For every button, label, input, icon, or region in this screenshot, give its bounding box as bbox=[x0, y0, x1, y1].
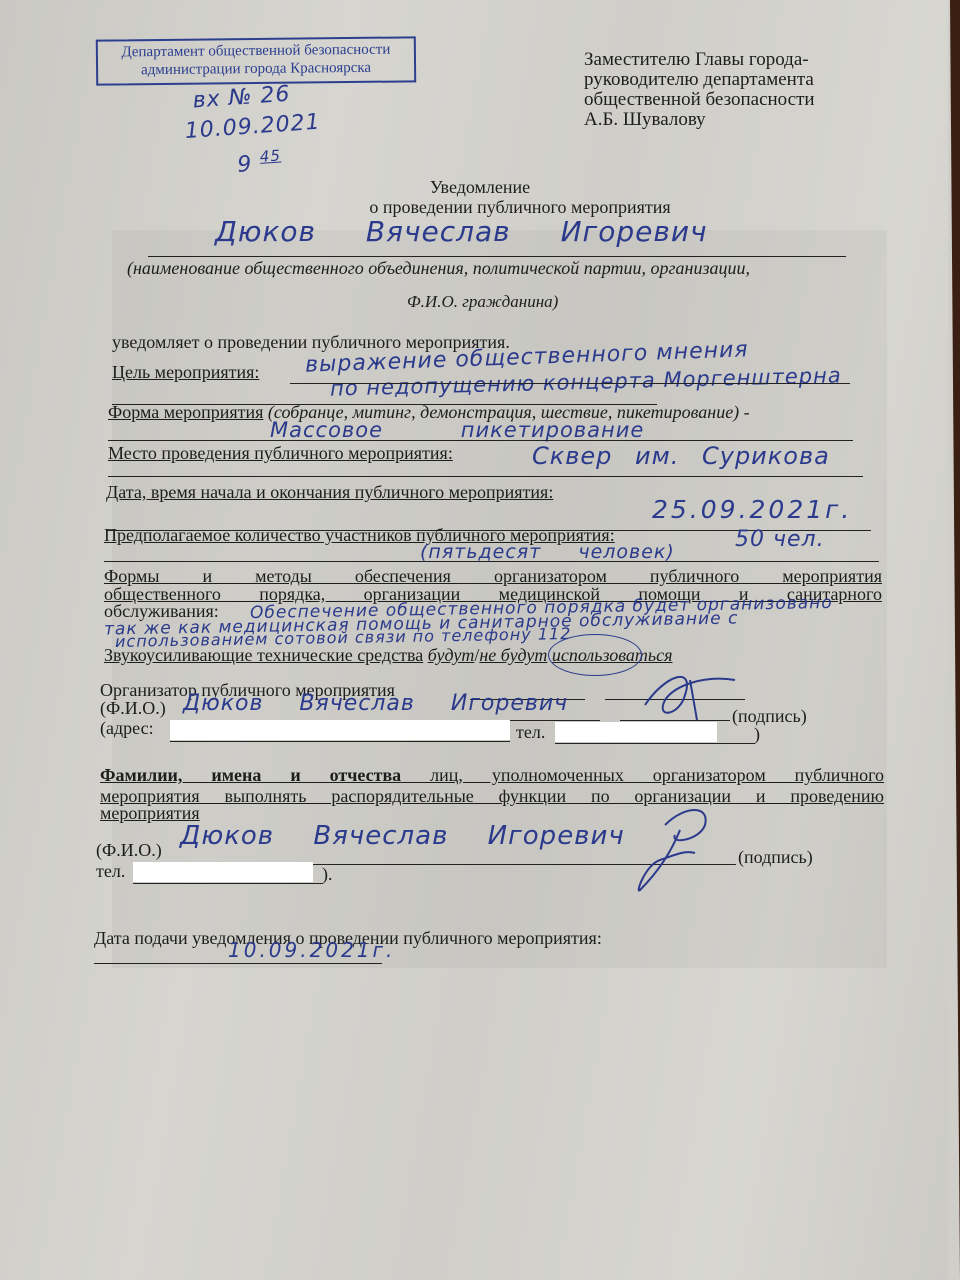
sound-option-no-selected: не будут bbox=[479, 645, 547, 665]
authorized-signature-label: (подпись) bbox=[738, 847, 813, 867]
form-value: Массовое пикетирование bbox=[270, 420, 644, 440]
sound-label: Звукоусиливающие технические средства bbox=[104, 645, 423, 665]
organizer-signature bbox=[635, 665, 745, 725]
department-stamp: Департамент общественной безопасности ад… bbox=[96, 36, 416, 85]
stamp-line-1: Департамент общественной безопасности bbox=[98, 40, 414, 61]
form-underline bbox=[108, 440, 853, 441]
organizer-fio-value: Дюков Вячеслав Игоревич bbox=[183, 694, 568, 714]
organizer-fio-label: (Ф.И.О.) bbox=[100, 698, 166, 718]
authorized-phone-close: ). bbox=[322, 864, 333, 884]
authorized-heading-rest: лиц, уполномоченных организатором публич… bbox=[430, 765, 884, 785]
redacted-address bbox=[170, 720, 510, 740]
authorized-heading-1: Фамилии, имена и отчества лиц, уполномоч… bbox=[100, 765, 884, 785]
submission-date-value: 10.09.2021г. bbox=[228, 940, 395, 960]
purpose-underline bbox=[290, 383, 850, 384]
addressee-block: Заместителю Главы города- руководителю д… bbox=[584, 50, 884, 130]
organizer-address-label: (адрес: bbox=[100, 718, 154, 738]
participants-value-words: (пятьдесят человек) bbox=[420, 542, 675, 562]
authorized-heading-3: мероприятия bbox=[100, 803, 200, 823]
sound-option-yes: будут bbox=[428, 645, 475, 665]
authorized-phone-line bbox=[133, 883, 323, 884]
place-underline bbox=[108, 476, 863, 477]
authorized-heading-2: мероприятия выполнять распорядительные ф… bbox=[100, 786, 884, 806]
registration-mark: вх № 26 10.09.2021 9 45 bbox=[192, 78, 324, 184]
authorized-heading-bold: Фамилии, имена и отчества bbox=[100, 765, 401, 785]
purpose-label: Цель мероприятия: bbox=[112, 362, 259, 382]
address-line bbox=[170, 741, 510, 742]
participants-underline bbox=[104, 561, 879, 562]
form-label: Форма мероприятия bbox=[108, 402, 263, 422]
redacted-authorized-phone bbox=[133, 862, 313, 882]
authorized-signature bbox=[625, 805, 735, 895]
submission-underline bbox=[94, 963, 382, 964]
applicant-underline bbox=[148, 256, 846, 257]
participants-value: 50 чел. bbox=[735, 530, 825, 550]
applicant-hint-2: Ф.И.О. гражданина) bbox=[407, 292, 558, 312]
authorized-fio-label: (Ф.И.О.) bbox=[96, 840, 162, 860]
place-value: Сквер им. Сурикова bbox=[532, 446, 830, 466]
addressee-line: Заместителю Главы города- bbox=[584, 50, 884, 70]
applicant-hint-1: (наименование общественного объединения,… bbox=[127, 258, 750, 278]
phone-line bbox=[555, 743, 755, 744]
document-subtitle: о проведении публичного мероприятия bbox=[40, 198, 960, 216]
addressee-line: руководителю департамента bbox=[584, 70, 884, 90]
selection-circle bbox=[548, 634, 642, 676]
datetime-label: Дата, время начала и окончания публичног… bbox=[106, 482, 553, 502]
authorized-fio-value: Дюков Вячеслав Игоревич bbox=[180, 826, 625, 846]
redacted-phone bbox=[555, 722, 717, 742]
document-title: Уведомление bbox=[0, 178, 960, 196]
stamp-line-2: администрации города Красноярска bbox=[141, 60, 371, 78]
datetime-value: 25.09.2021г. bbox=[652, 500, 852, 520]
addressee-line: А.Б. Шувалову bbox=[584, 110, 884, 130]
organizer-close-paren: ) bbox=[754, 724, 760, 744]
addressee-line: общественной безопасности bbox=[584, 90, 884, 110]
registration-time: 9 45 bbox=[236, 138, 324, 181]
methods-label-1: Формы и методы обеспечения организатором… bbox=[104, 566, 882, 586]
place-label: Место проведения публичного мероприятия: bbox=[108, 443, 453, 463]
organizer-phone-label: тел. bbox=[516, 722, 545, 742]
authorized-phone-label: тел. bbox=[96, 861, 125, 881]
applicant-name-handwritten: Дюков Вячеслав Игоревич bbox=[215, 222, 708, 242]
